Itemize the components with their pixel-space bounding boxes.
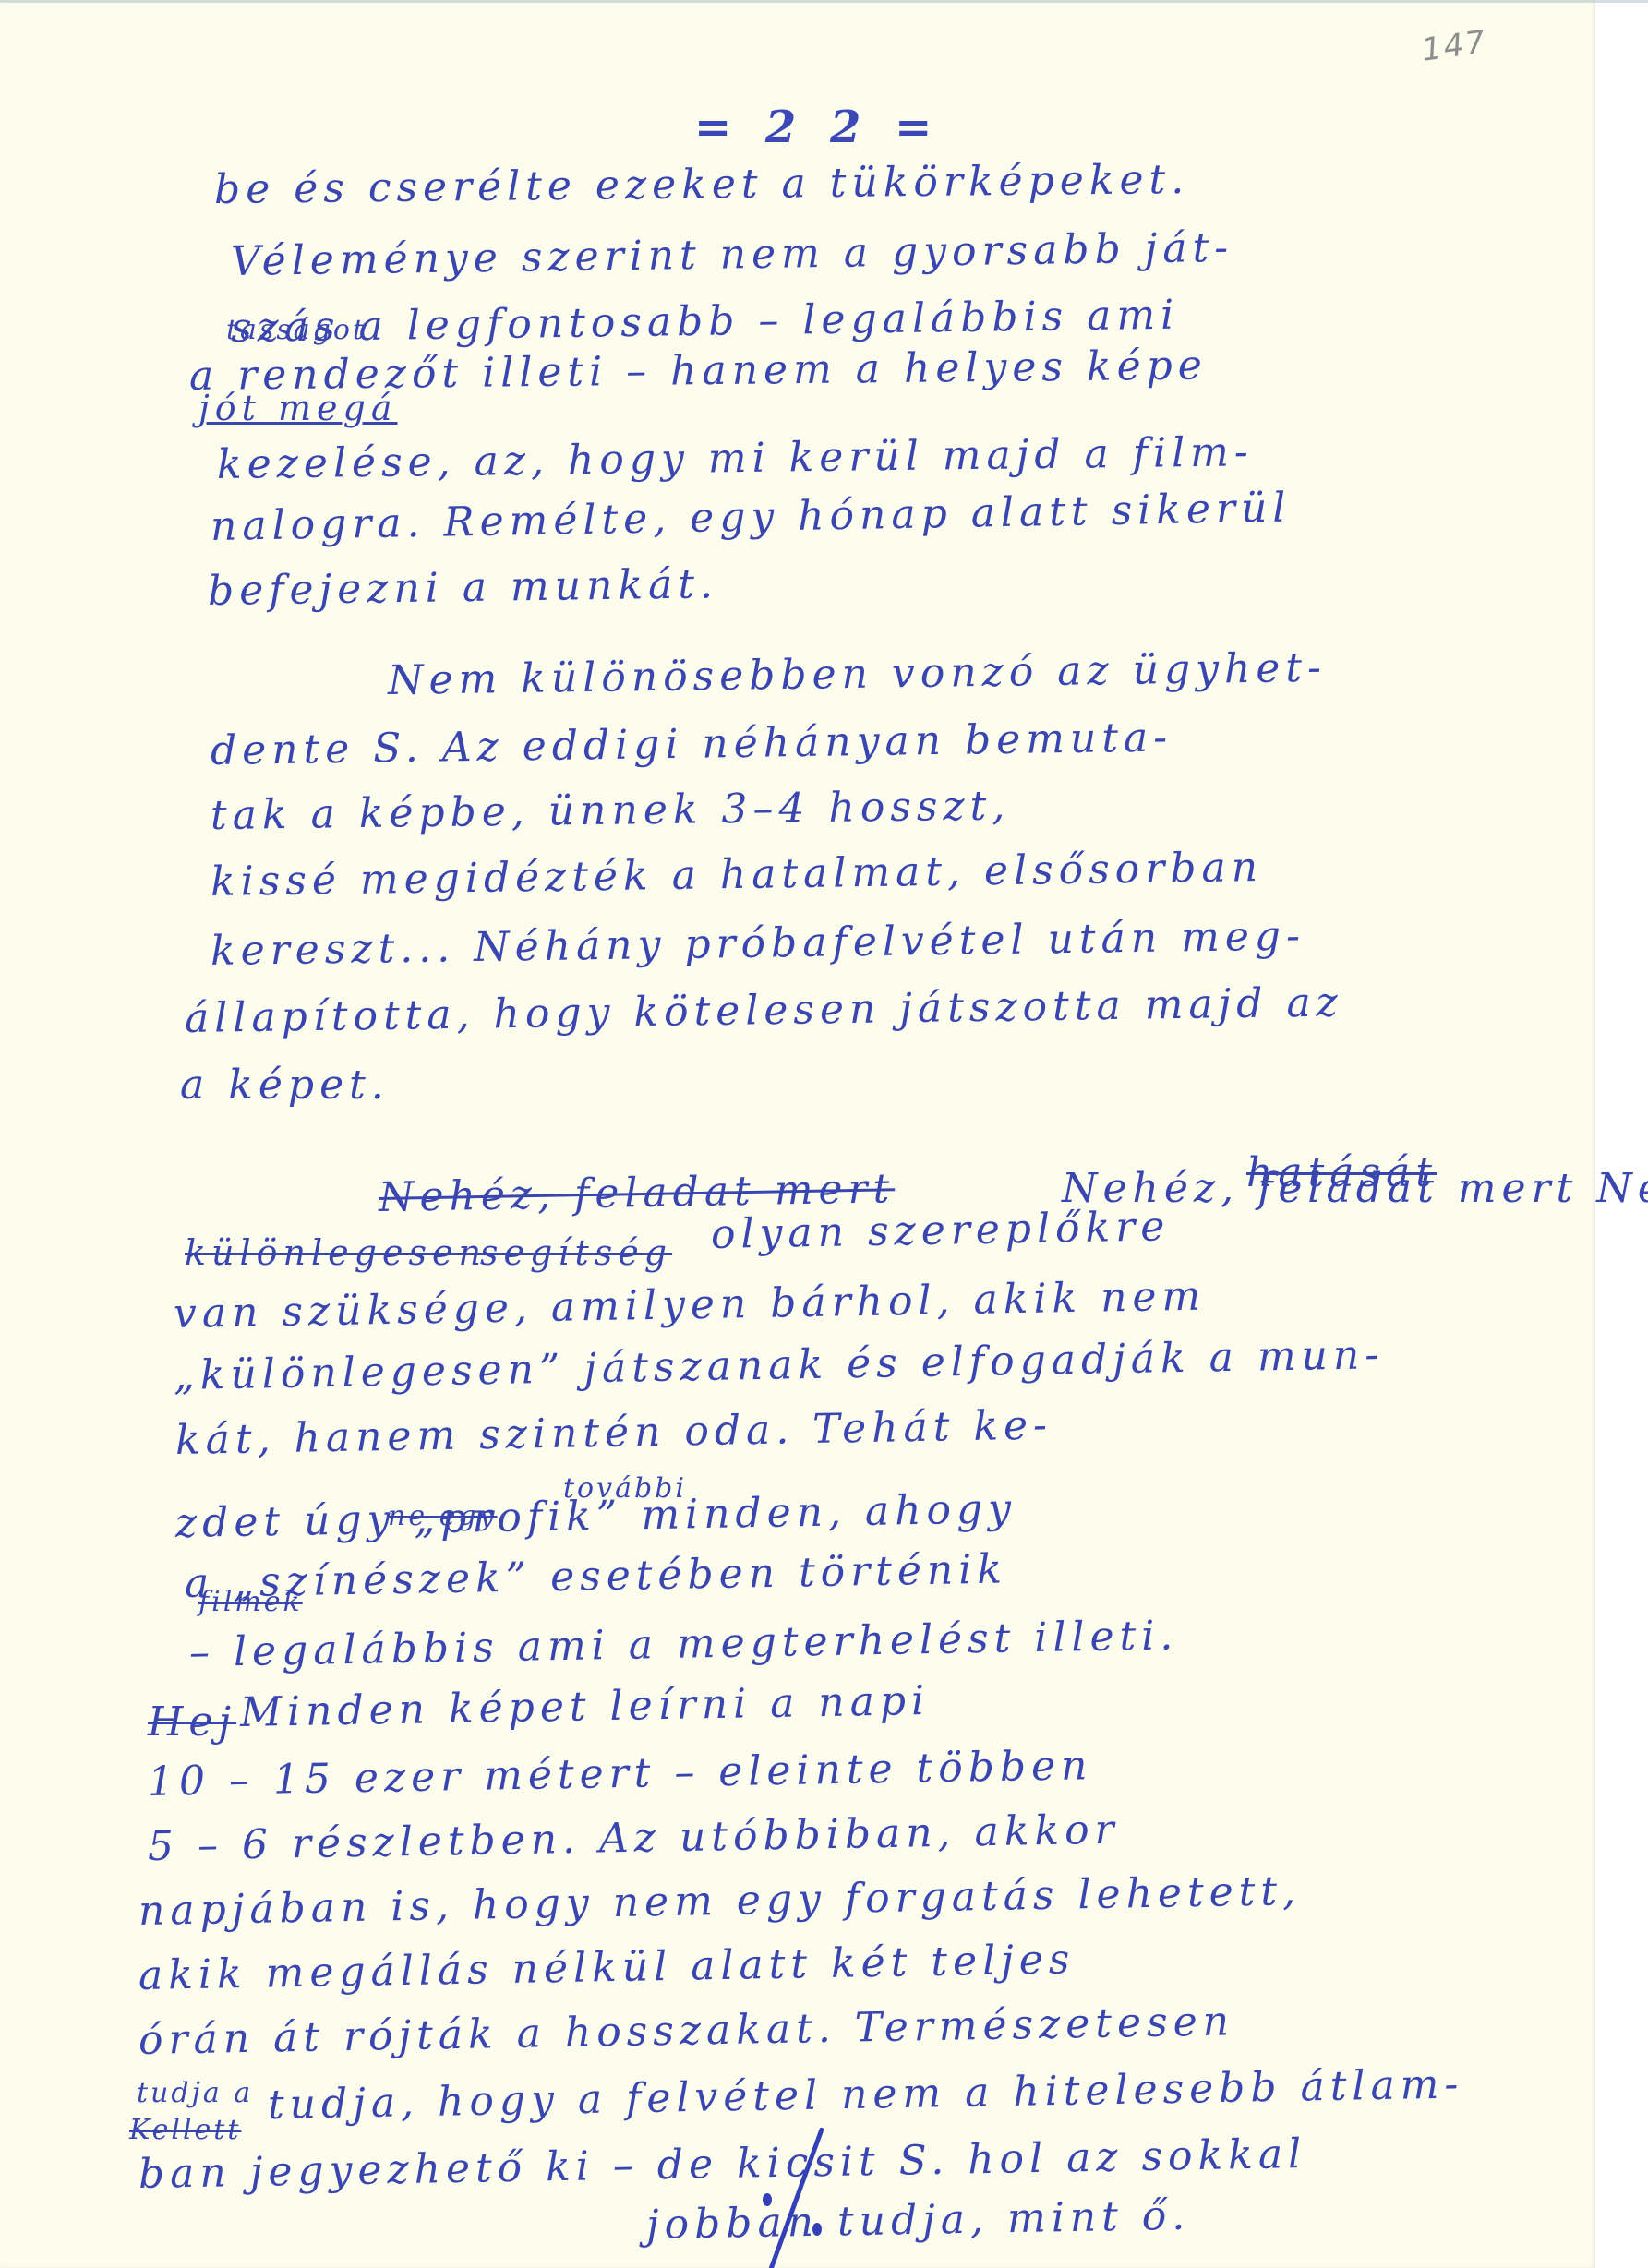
deleted-text: Kellett — [129, 2114, 241, 2146]
deleted-text: jót megá — [198, 388, 398, 428]
manuscript-line: – legalábbis ami a megterhelést illeti. — [189, 1612, 1179, 1676]
manuscript-line: 5 – 6 részletben. Az utóbbiban, akkor — [148, 1806, 1120, 1870]
scan-edge — [0, 0, 1648, 3]
manuscript-line: „különlegesen” játszanak és elfogadják a… — [174, 1331, 1385, 1399]
manuscript-line: Minden képet leírni a napi — [240, 1677, 931, 1736]
interlinear-insertion: tasságot — [226, 314, 367, 346]
manuscript-line: 10 – 15 ezer métert – eleinte többen — [148, 1742, 1093, 1806]
folio-number: 147 — [1420, 23, 1490, 68]
manuscript-line: tak a képbe, ünnek 3–4 hosszt, — [211, 782, 1011, 839]
manuscript-line: napjában is, hogy nem egy forgatás lehet… — [138, 1867, 1302, 1935]
interlinear-insertion: tudja a — [137, 2077, 253, 2109]
deleted-text: hatását — [1246, 1149, 1437, 1196]
manuscript-line: Nem különösebben vonzó az ügyhet- — [388, 644, 1328, 704]
deleted-text: Hej — [148, 1698, 236, 1746]
deleted-text: segítség — [480, 1232, 672, 1273]
manuscript-line: órán át rójták a hosszakat. Természetese… — [138, 1998, 1235, 2064]
manuscript-line: akik megállás nélkül alatt két teljes — [138, 1936, 1076, 1999]
manuscript-line: ban jegyezhető ki – de kicsit S. hol az … — [138, 2130, 1307, 2198]
manuscript-line: zdet úgy „profik” minden, ahogy — [175, 1485, 1017, 1547]
manuscript-line: kát, hanem szintén oda. Tehát ke- — [175, 1401, 1053, 1464]
manuscript-line: befejezni a munkát. — [208, 560, 719, 615]
insertion-dot — [763, 2193, 772, 2206]
manuscript-line: szás a legfontosabb – legalábbis ami — [231, 292, 1180, 352]
insertion-dot — [812, 2223, 822, 2236]
page-number-heading: = 2 2 = — [694, 102, 941, 153]
manuscript-line: jobban tudja, mint ő. — [646, 2192, 1191, 2249]
manuscript-page: 147 = 2 2 = be és cserélte ezeket a tükö… — [0, 0, 1595, 2268]
manuscript-line: nalogra. Remélte, egy hónap alatt sikerü… — [211, 485, 1292, 550]
manuscript-line: van szüksége, amilyen bárhol, akik nem — [174, 1272, 1207, 1338]
manuscript-line: a képet. — [180, 1062, 390, 1109]
deleted-text: különlegesen — [185, 1232, 487, 1273]
manuscript-line: kereszt... Néhány próbafelvétel után meg… — [211, 912, 1306, 975]
manuscript-line: állapította, hogy kötelesen játszotta ma… — [185, 978, 1344, 1042]
manuscript-line: olyan szereplőkre — [711, 1203, 1171, 1258]
manuscript-line: kissé megidézték a hatalmat, elsősorban — [211, 844, 1264, 906]
manuscript-line: dente S. Az eddigi néhányan bemuta- — [211, 714, 1173, 774]
manuscript-line: Véleménye szerint nem a gyorsabb ját- — [231, 224, 1234, 285]
manuscript-line: be és cserélte ezeket a tükörképeket. — [214, 156, 1190, 213]
manuscript-line: tudja, hogy a felvétel nem a hitelesebb … — [268, 2060, 1464, 2129]
manuscript-line: a „színészek” esetében történik — [185, 1545, 1008, 1607]
manuscript-line: kezelése, az, hogy mi kerül majd a film- — [217, 428, 1254, 488]
